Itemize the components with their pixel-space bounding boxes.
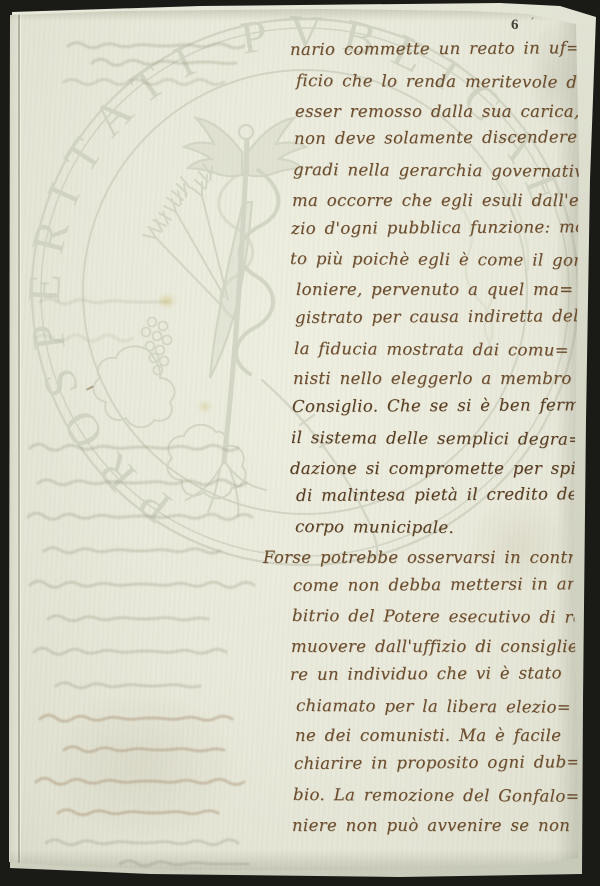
manuscript-line: loniere, pervenuto a quel ma= [296,280,573,299]
manuscript-line: non deve solamente discendere i [294,127,592,148]
manuscript-line: to più poichè egli è come il gonfa= [290,249,600,270]
manuscript-line: ma occorre che egli esuli dall'eserci= [292,191,600,210]
manuscript-line: la fiducia mostrata dai comu= [294,339,569,360]
manuscript-line: dazione si compromette per spirito [290,459,600,478]
manuscript-line: di malintesa pietà il credito del [296,484,584,505]
manuscript-line: esser remosso dalla sua carica, [295,102,580,121]
manuscript-line: zio d'ogni pubblica funzione: mol= [291,217,600,238]
manuscript-line: niere non può avvenire se non [292,816,570,835]
manuscript-text: nario commette un reato in uf=ficio che … [0,0,600,886]
manuscript-line: nisti nello eleggerlo a membro del [293,369,600,388]
manuscript-line: corpo municipale. [295,517,454,537]
manuscript-line: gistrato per causa indiretta del= [295,306,593,327]
manuscript-line: gradi nella gerarchia governativa, [293,160,600,181]
manuscript-line: nario commette un reato in uf= [290,38,580,59]
scan-background: PROSPERITATI PVBLICAE [0,0,600,886]
manuscript-line: Forse potrebbe osservarsi in contrario, [263,548,600,567]
manuscript-line: re un individuo che vi è stato [290,663,562,684]
manuscript-line: Consiglio. Che se si è ben fermo [292,395,591,416]
manuscript-line: ne dei comunisti. Ma è facile [295,726,561,745]
manuscript-line: muovere dall'uffizio di consiglie= [291,637,592,656]
manuscript-line: come non debba mettersi in ar= [293,574,589,595]
manuscript-line: chiarire in proposito ogni dub= [294,752,581,773]
manuscript-line: ficio che lo renda meritevole d' [296,71,582,92]
manuscript-line: bitrio del Potere esecutivo di re= [292,606,597,627]
manuscript-page: PROSPERITATI PVBLICAE [0,0,600,886]
manuscript-line: il sistema delle semplici degra= [291,428,583,449]
manuscript-line: bio. La remozione del Gonfalo= [293,785,580,806]
manuscript-line: chiamato per la libera elezio= [296,696,571,717]
